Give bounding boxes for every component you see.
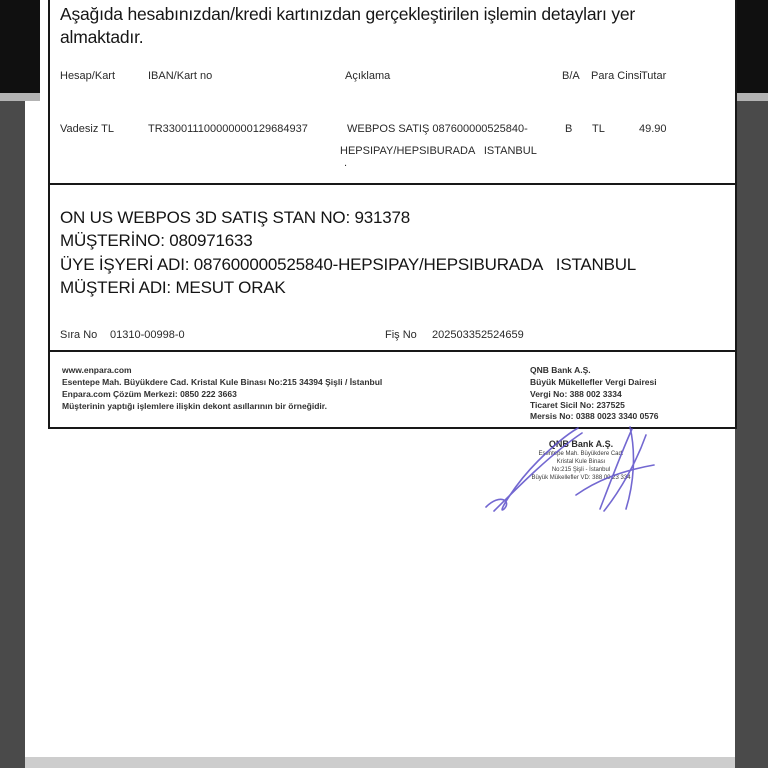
serial-no-label: Sıra No [60, 329, 97, 341]
header-description: Açıklama [345, 70, 390, 82]
footer-bank-name: QNB Bank A.Ş. [530, 365, 591, 377]
header-account: Hesap/Kart [60, 70, 115, 82]
details-line-customer-name: MÜŞTERİ ADI: MESUT ORAK [60, 276, 286, 300]
footer-disclaimer: Müşterinin yaptığı işlemlere ilişkin dek… [62, 401, 327, 413]
viewer-top-right-block [735, 0, 768, 93]
serial-no-value: 01310-00998-0 [110, 329, 185, 341]
page-bottom-gap [25, 757, 735, 768]
viewer-right-divider [735, 93, 768, 101]
header-amount: Tutar [641, 70, 666, 82]
footer-tax-office: Büyük Mükellefler Vergi Dairesi [530, 377, 657, 389]
row-description-line3: . [344, 157, 347, 169]
row-debit-credit: B [565, 123, 572, 135]
receipt-no-value: 202503352524659 [432, 329, 524, 341]
document-viewer: Aşağıda hesabınızdan/kredi kartınızdan g… [0, 0, 768, 768]
viewer-top-left-block [0, 0, 40, 93]
intro-text: Aşağıda hesabınızdan/kredi kartınızdan g… [60, 3, 720, 49]
receipt-no-label: Fiş No [385, 329, 417, 341]
row-description-line2: HEPSIPAY/HEPSIBURADA ISTANBUL [340, 145, 537, 157]
details-line-stan: ON US WEBPOS 3D SATIŞ STAN NO: 931378 [60, 206, 410, 230]
row-description-line1: WEBPOS SATIŞ 087600000525840- [347, 123, 528, 135]
footer-mersis-no: Mersis No: 0388 0023 3340 0576 [530, 411, 659, 423]
header-currency: Para Cinsi [591, 70, 642, 82]
footer-website: www.enpara.com [62, 365, 132, 377]
details-line-merchant: ÜYE İŞYERİ ADI: 087600000525840-HEPSIPAY… [60, 253, 636, 277]
viewer-left-divider [0, 93, 40, 101]
row-currency: TL [592, 123, 605, 135]
footer-address: Esentepe Mah. Büyükdere Cad. Kristal Kul… [62, 377, 382, 389]
header-iban: IBAN/Kart no [148, 70, 212, 82]
signature-scrawl [480, 423, 680, 518]
footer-callcenter: Enpara.com Çözüm Merkezi: 0850 222 3663 [62, 389, 237, 401]
row-account: Vadesiz TL [60, 123, 114, 135]
header-debit-credit: B/A [562, 70, 580, 82]
row-amount: 49.90 [639, 123, 667, 135]
row-iban: TR330011100000000129684937 [148, 123, 308, 135]
details-line-customer-no: MÜŞTERİNO: 080971633 [60, 229, 253, 253]
